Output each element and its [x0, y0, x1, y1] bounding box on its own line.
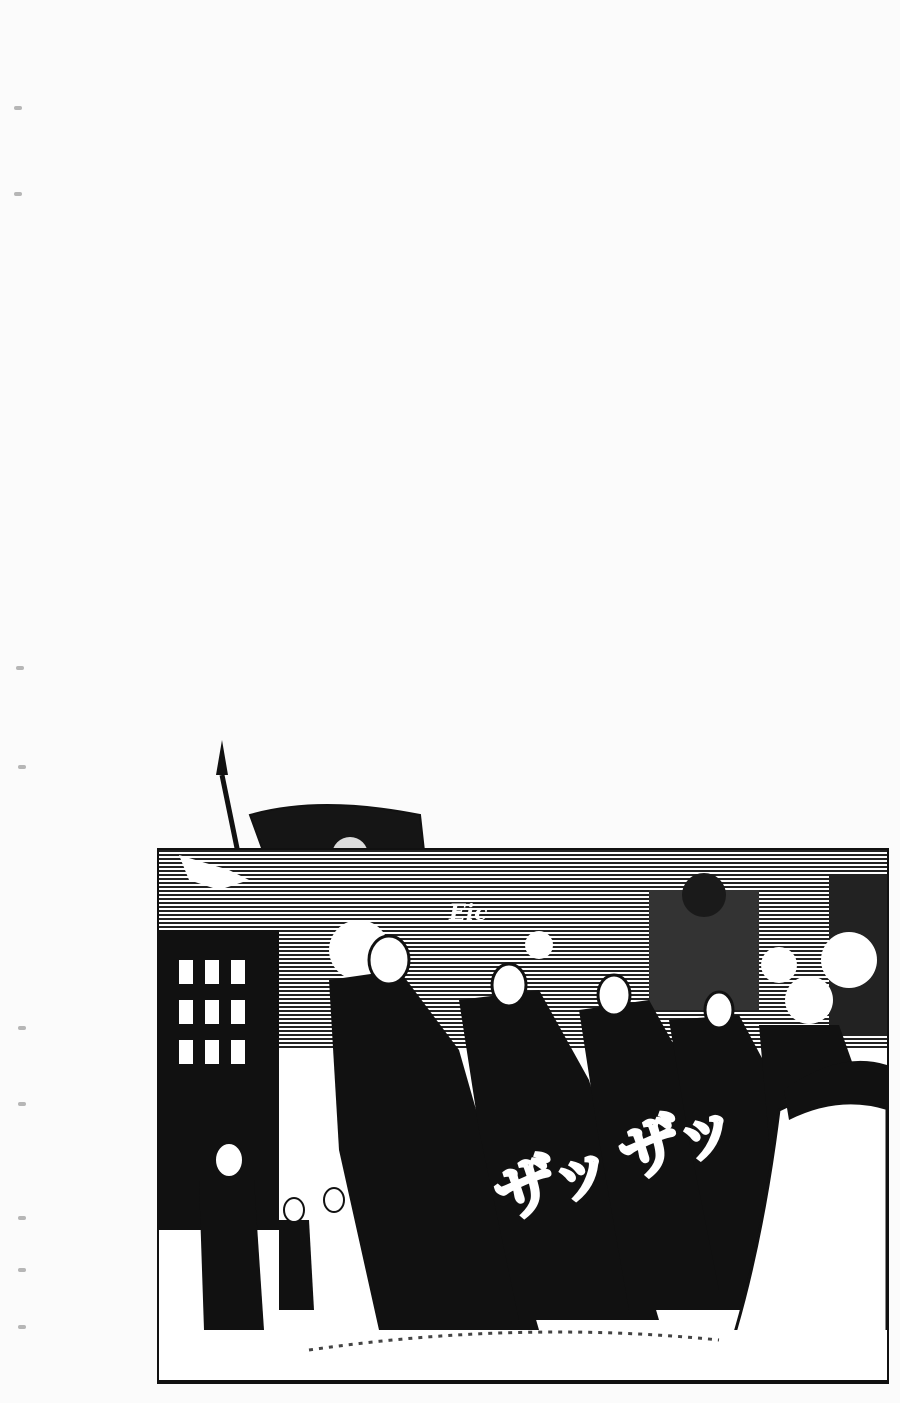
panel-art	[159, 850, 887, 1382]
margin-mark	[18, 1268, 26, 1272]
margin-mark	[18, 765, 26, 769]
panel-border	[157, 1380, 887, 1383]
margin-mark	[14, 192, 22, 196]
margin-mark	[18, 1325, 26, 1329]
margin-mark	[18, 1216, 26, 1220]
margin-mark	[18, 1102, 26, 1106]
shop-sign: Eic	[449, 900, 488, 926]
margin-mark	[16, 666, 24, 670]
margin-mark	[18, 1026, 26, 1030]
margin-mark	[14, 106, 22, 110]
manga-panel: Eic FA ザッ ザッ	[157, 848, 889, 1384]
shop-sign: FA	[835, 950, 861, 971]
